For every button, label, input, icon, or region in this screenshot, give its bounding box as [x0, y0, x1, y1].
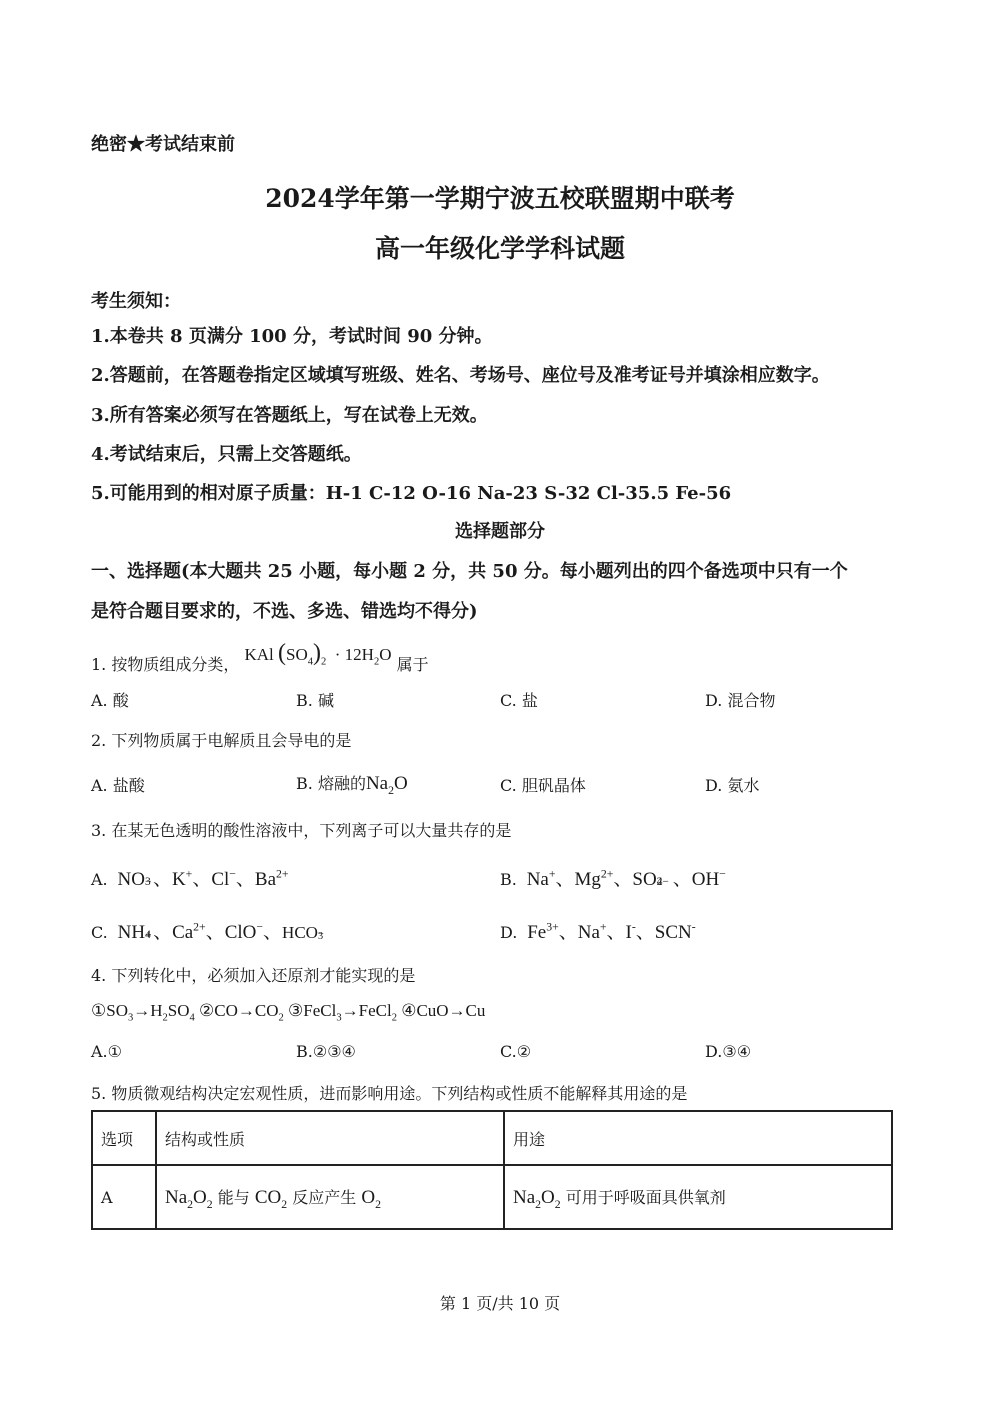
- q3-option-c[interactable]: C. NH+4、Ca2+、ClO−、HCO−3: [91, 917, 326, 944]
- question-1: 1. 按物质组成分类， KAl (SO4)2 · 12H2O 属于: [91, 650, 429, 677]
- q1-option-a[interactable]: A. 酸: [91, 688, 129, 711]
- table-cell-use: Na2O2 可用于呼吸面具供氧剂: [504, 1165, 892, 1229]
- page-number: 第 1 页/共 10 页: [0, 1291, 1000, 1314]
- question-stem: 按物质组成分类，: [111, 655, 239, 674]
- question-3: 3. 在某无色透明的酸性溶液中，下列离子可以大量共存的是: [91, 818, 511, 841]
- q4-option-d[interactable]: D.③④: [705, 1042, 751, 1061]
- exam-title: 2024学年第一学期宁波五校联盟期中联考: [0, 179, 1000, 215]
- q2-option-c[interactable]: C. 胆矾晶体: [500, 773, 586, 796]
- table-header-option: 选项: [92, 1111, 156, 1165]
- section-instruction-line2: 是符合题目要求的，不选、多选、错选均不得分): [91, 597, 478, 623]
- table-row: A Na2O2 能与 CO2 反应产生 O2 Na2O2 可用于呼吸面具供氧剂: [92, 1165, 892, 1229]
- q4-option-a[interactable]: A.①: [91, 1042, 122, 1061]
- q1-option-d[interactable]: D. 混合物: [705, 688, 775, 711]
- notice-item-4: 4.考试结束后，只需上交答题纸。: [91, 440, 362, 466]
- q3-option-b[interactable]: B. Na+、Mg2+、SO2−4、OH−: [500, 864, 726, 891]
- table-header-property: 结构或性质: [156, 1111, 504, 1165]
- table-cell-property: Na2O2 能与 CO2 反应产生 O2: [156, 1165, 504, 1229]
- chem-formula: KAl (SO4)2 · 12H2O: [244, 645, 391, 664]
- q3-option-a[interactable]: A. NO−3、K+、Cl−、Ba2+: [91, 864, 289, 891]
- q2-option-b[interactable]: B. 熔融的Na2O: [296, 771, 408, 795]
- section-instruction-line1: 一、选择题(本大题共 25 小题，每小题 2 分，共 50 分。每小题列出的四个…: [91, 557, 848, 583]
- q1-option-c[interactable]: C. 盐: [500, 688, 538, 711]
- notice-heading: 考生须知：: [91, 287, 181, 313]
- question-4: 4. 下列转化中，必须加入还原剂才能实现的是: [91, 963, 415, 986]
- exam-subtitle: 高一年级化学学科试题: [0, 229, 1000, 265]
- q2-option-d[interactable]: D. 氨水: [705, 773, 759, 796]
- q4-option-c[interactable]: C.②: [500, 1042, 531, 1061]
- table-header-use: 用途: [504, 1111, 892, 1165]
- question-2: 2. 下列物质属于电解质且会导电的是: [91, 728, 351, 751]
- table-cell-option: A: [92, 1165, 156, 1229]
- notice-item-1: 1.本卷共 8 页满分 100 分，考试时间 90 分钟。: [91, 322, 493, 348]
- q3-option-d[interactable]: D. Fe3+、Na+、I-、SCN-: [500, 917, 696, 944]
- q2-option-a[interactable]: A. 盐酸: [91, 773, 145, 796]
- q4-conversions: ①SO3→H2SO4 ②CO→CO2 ③FeCl3→FeCl2 ④CuO→Cu: [91, 1001, 485, 1021]
- confidential-label: 绝密★考试结束前: [91, 130, 235, 156]
- notice-item-2: 2.答题前，在答题卷指定区域填写班级、姓名、考场号、座位号及准考证号并填涂相应数…: [91, 361, 830, 387]
- question-5: 5. 物质微观结构决定宏观性质，进而影响用途。下列结构或性质不能解释其用途的是: [91, 1081, 687, 1104]
- notice-item-3: 3.所有答案必须写在答题纸上，写在试卷上无效。: [91, 401, 488, 427]
- section-title: 选择题部分: [0, 517, 1000, 543]
- question-number: 1.: [91, 655, 106, 674]
- table-header-row: 选项 结构或性质 用途: [92, 1111, 892, 1165]
- q4-option-b[interactable]: B.②③④: [296, 1042, 356, 1061]
- q1-option-b[interactable]: B. 碱: [296, 688, 334, 711]
- notice-item-5: 5.可能用到的相对原子质量：H-1 C-12 O-16 Na-23 S-32 C…: [91, 479, 731, 505]
- q5-table: 选项 结构或性质 用途 A Na2O2 能与 CO2 反应产生 O2 Na2O2…: [91, 1110, 893, 1230]
